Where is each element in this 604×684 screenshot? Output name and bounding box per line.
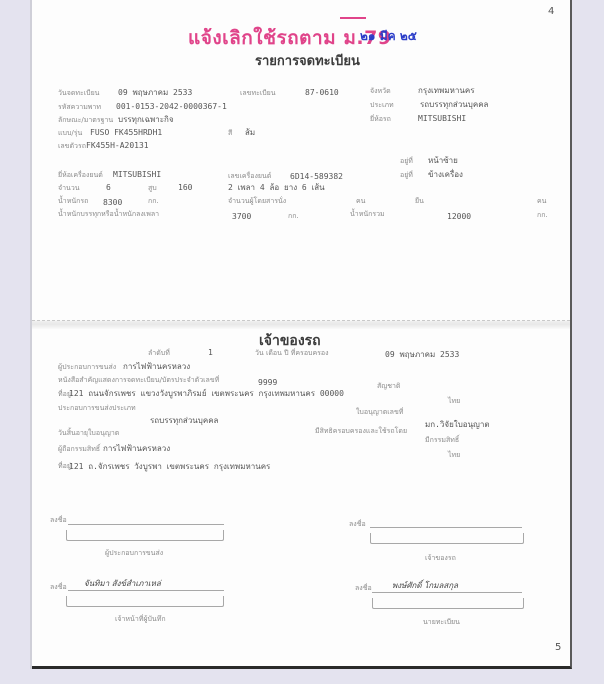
possession-label: มีสิทธิครอบครองและใช้รถโดย <box>315 426 407 436</box>
business-type-value: รถบรรทุกส่วนบุคคล <box>150 416 218 426</box>
seats-unit: คน <box>356 196 365 206</box>
role-label: นายทะเบียน <box>423 617 460 627</box>
page-fold <box>32 320 570 329</box>
chassis-loc-label: อยู่ที่ <box>400 156 413 166</box>
total-value: 12000 <box>447 212 471 222</box>
operator-value: การไฟฟ้านครหลวง <box>123 362 190 372</box>
cylinders-value: 6 <box>106 183 111 193</box>
sign-label: ลงชื่อ <box>50 515 67 525</box>
category-value: บรรทุกเฉพาะกิจ <box>118 115 174 125</box>
registration-section-title: รายการจดทะเบียน <box>255 50 360 71</box>
load-unit: กก. <box>288 211 299 221</box>
business-type-label: ประกอบการขนส่งประเภท <box>58 403 136 413</box>
total-unit: กก. <box>537 210 548 220</box>
engine-no-label: เลขเครื่องยนต์ <box>228 171 271 181</box>
color-label: สี <box>228 128 232 138</box>
cc-value: 160 <box>178 183 192 193</box>
name-bracket <box>372 598 524 609</box>
signed-name: พงษ์ศักดิ์ โกมลสกุล <box>392 579 458 592</box>
total-label: น้ำหนักรวม <box>350 209 385 219</box>
brand-value: MITSUBISHI <box>418 114 466 124</box>
role-label: ผู้ประกอบการขนส่ง <box>105 548 163 558</box>
weight-label: น้ำหนักรถ <box>58 196 88 206</box>
chassis-loc-value: หน้าซ้าย <box>428 156 458 166</box>
cylinders-label: จำนวน <box>58 183 80 193</box>
reg-date-label: วันจดทะเบียน <box>58 88 99 98</box>
reg-no-value: 87-0610 <box>305 88 339 98</box>
seats-label: จำนวนผู้โดยสารนั่ง <box>228 196 286 206</box>
load-value: 3700 <box>232 212 251 222</box>
engine-no-value: 6D14-589382 <box>290 172 343 182</box>
seq-value: 1 <box>208 348 213 358</box>
engine-brand-label: ยี่ห้อเครื่องยนต์ <box>58 170 103 180</box>
operator-label: ผู้ประกอบการขนส่ง <box>58 362 116 372</box>
color-value: ส้ม <box>245 128 255 138</box>
sign-label: ลงชื่อ <box>349 519 366 529</box>
chassis-value: FK455H-A20131 <box>86 141 149 151</box>
signature-line <box>372 592 522 593</box>
engine-loc-value: ข้างเครื่อง <box>428 170 463 180</box>
possession-date-label: วัน เดือน ปี ที่ครอบครอง <box>255 348 329 358</box>
nationality-label: สัญชาติ <box>377 381 400 391</box>
signature-line <box>68 590 224 591</box>
ownership-nationality: ไทย <box>448 450 460 460</box>
owner-address-value: 121 ถ.จักรเพชร วังบูรพา เขตพระนคร กรุงเท… <box>69 462 270 472</box>
possession-date-value: 09 พฤษภาคม 2533 <box>385 350 459 360</box>
signature-line <box>68 524 224 525</box>
tax-code-label: รหัสความพาท <box>58 102 101 112</box>
category-label: ลักษณะ/มาตรฐาน <box>58 115 113 125</box>
model-value: FUSO FK455HRDH1 <box>90 128 162 138</box>
title-underline-mark <box>340 17 366 19</box>
sign-label: ลงชื่อ <box>50 582 67 592</box>
tax-code-value: 001-0153-2042-0000367-1 <box>116 102 227 112</box>
engine-brand-value: MITSUBISHI <box>113 170 161 180</box>
cc-label: สูบ <box>148 183 157 193</box>
license-label: ใบอนุญาตเลขที่ <box>356 407 403 417</box>
idcard-value: 9999 <box>258 378 277 388</box>
titleholder-label: ผู้ถือกรรมสิทธิ์ <box>58 444 100 454</box>
reg-date-value: 09 พฤษภาคม 2533 <box>118 88 192 98</box>
page-number-top: 4 <box>548 6 554 17</box>
name-bracket <box>66 530 224 541</box>
signature-line <box>370 527 522 528</box>
name-bracket <box>370 533 524 544</box>
engine-loc-label: อยู่ที่ <box>400 170 413 180</box>
license-expiry-label: วันสิ้นอายุใบอนุญาต <box>58 428 119 438</box>
possession-value: มก.วิจัยใบอนุญาต <box>425 420 490 430</box>
weight-unit: กก. <box>148 196 159 206</box>
model-label: แบบ/รุ่น <box>58 128 82 138</box>
idcard-label: หนังสือสำคัญแสดงการจดทะเบียน/บัตรประจำตั… <box>58 375 219 385</box>
nationality-value: ไทย <box>448 396 460 406</box>
standing-unit: คน <box>537 196 546 206</box>
province-label: จังหวัด <box>370 86 391 96</box>
ownership-right-label: มีกรรมสิทธิ์ <box>425 435 459 445</box>
axles-value: 2 เพลา 4 ล้อ ยาง 6 เส้น <box>228 183 325 193</box>
reg-no-label: เลขทะเบียน <box>240 88 276 98</box>
load-label: น้ำหนักบรรทุกหรือน้ำหนักลงเพลา <box>58 209 159 219</box>
province-value: กรุงเทพมหานคร <box>418 86 474 96</box>
address-value: 121 ถนนจักรเพชร แขวงวังบูรพาภิรมย์ เขตพร… <box>69 389 344 399</box>
stamp-date: ๒๑ มีค ๒๕ <box>360 27 417 46</box>
type-value: รถบรรทุกส่วนบุคคล <box>420 100 488 110</box>
type-label: ประเภท <box>370 100 394 110</box>
role-label: เจ้าของรถ <box>425 553 456 563</box>
standing-label: ยืน <box>415 196 424 206</box>
name-bracket <box>66 596 224 607</box>
titleholder-value: การไฟฟ้านครหลวง <box>103 444 170 454</box>
brand-label: ยี่ห้อรถ <box>370 114 391 124</box>
signed-name: จันทิมา สังข์สำเภาเหล่ <box>84 577 161 590</box>
page-number-bottom: 5 <box>555 642 561 653</box>
sign-label: ลงชื่อ <box>355 583 372 593</box>
weight-value: 8300 <box>103 198 122 208</box>
role-label: เจ้าหน้าที่ผู้บันทึก <box>115 614 166 624</box>
chassis-label: เลขตัวรถ <box>58 141 86 151</box>
seq-label: ลำดับที่ <box>148 348 170 358</box>
